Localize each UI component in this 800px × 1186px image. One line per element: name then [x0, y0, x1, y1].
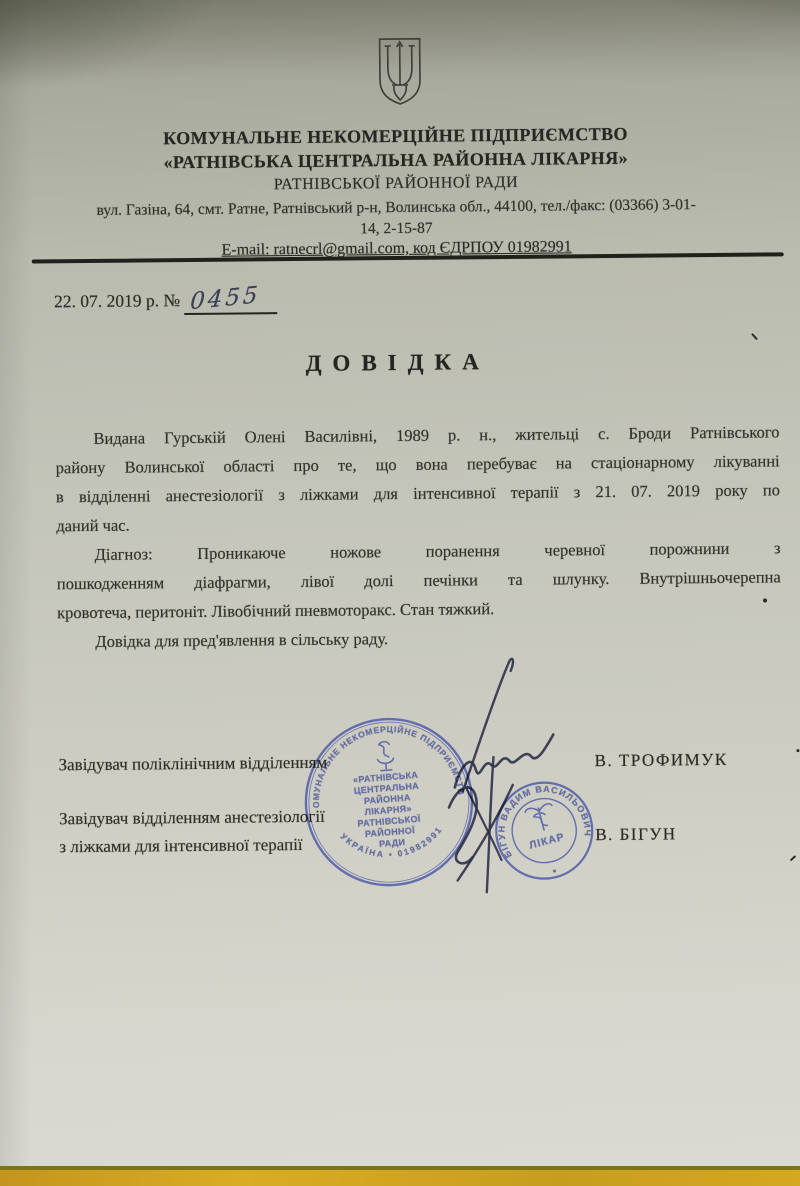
org-name-line3: РАТНІВСЬКОЇ РАЙОННОЇ РАДИ	[0, 171, 796, 197]
ink-speck	[790, 855, 797, 861]
ink-speck	[751, 333, 758, 340]
sig2-name: В. БІГУН	[595, 824, 677, 845]
body-line: Довідка для пред'явлення в сільську раду…	[57, 620, 781, 656]
sig2-position-line1: Завідувач відділенням анестезіології	[59, 807, 325, 830]
sig1-name: В. ТРОФИМУК	[594, 750, 727, 771]
date-and-number-line: 22. 07. 2019 р. №0455	[54, 285, 277, 316]
stamp-center-line: РАДИ	[379, 837, 406, 849]
signatures-ink	[425, 638, 608, 915]
document-title: ДОВІДКА	[0, 346, 798, 380]
ink-speck	[796, 749, 799, 752]
date-prefix: 22. 07. 2019 р. №	[54, 290, 180, 311]
certificate-content: КОМУНАЛЬНЕ НЕКОМЕРЦІЙНЕ ПІДПРИЄМСТВО «РА…	[0, 0, 800, 1186]
ink-speck	[763, 598, 767, 602]
ukraine-trident-emblem-icon	[376, 38, 425, 106]
bowl-of-hygieia-icon	[376, 741, 394, 771]
sig1-position-label: Завідувач поліклінічним відділенням	[58, 753, 327, 776]
handwritten-ref-number: 0455	[189, 282, 261, 315]
ref-number-underline: 0455	[184, 285, 277, 315]
sig2-position-line2: з ліжками для інтенсивної терапії	[59, 835, 302, 857]
signature-trofymuk	[454, 658, 554, 791]
document-photo: КОМУНАЛЬНЕ НЕКОМЕРЦІЙНЕ ПІДПРИЄМСТВО «РА…	[0, 0, 800, 1186]
svg-text:«РАТНІВСЬКА ЦЕНТРАЛЬНА: «РАТНІВСЬКА ЦЕНТРАЛЬНА РАЙОННА ЛІКАРНЯ» …	[353, 770, 427, 851]
org-name-line2: «РАТНІВСЬКА ЦЕНТРАЛЬНА РАЙОННА ЛІКАРНЯ»	[0, 146, 796, 175]
body-text: Видана Гурській Олені Василівні, 1989 р.…	[55, 417, 781, 656]
